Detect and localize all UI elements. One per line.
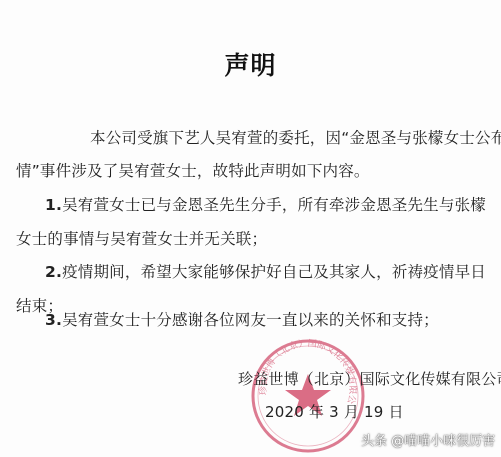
item-3-line-1: 3.吴宥萱女士十分感谢各位网友一直以来的关怀和支持； bbox=[45, 308, 439, 330]
watermark-text: 头条 @喵喵小咪很厉害 bbox=[361, 430, 495, 449]
signature-company: 珍益世博（北京）国际文化传媒有限公司 bbox=[238, 368, 501, 389]
paragraph-intro-line-1: 本公司受旗下艺人吴宥萱的委托，因“金恩圣与张檬女士公布恋 bbox=[90, 126, 501, 148]
item-1-line-1: 1.吴宥萱女士已与金恩圣先生分手，所有牵涉金恩圣先生与张檬 bbox=[45, 193, 486, 215]
item-2-number: 2. bbox=[45, 263, 62, 281]
item-2-text: 疫情期间，希望大家能够保护好自己及其家人，祈祷疫情早日 bbox=[62, 263, 486, 281]
item-3-number: 3. bbox=[45, 311, 62, 329]
item-1-text: 吴宥萱女士已与金恩圣先生分手，所有牵涉金恩圣先生与张檬 bbox=[62, 196, 486, 214]
company-seal-icon: 珍益世博（北京）国际文化传媒有限公司 bbox=[248, 336, 368, 456]
item-1-line-2: 女士的事情与吴宥萱女士并无关联； bbox=[16, 227, 267, 249]
signature-date: 2020 年 3 月 19 日 bbox=[265, 401, 404, 422]
item-3-text: 吴宥萱女士十分感谢各位网友一直以来的关怀和支持； bbox=[62, 311, 439, 329]
item-1-number: 1. bbox=[45, 196, 62, 214]
document-page: 声明 本公司受旗下艺人吴宥萱的委托，因“金恩圣与张檬女士公布恋 情”事件涉及了吴… bbox=[0, 0, 501, 457]
item-2-line-1: 2.疫情期间，希望大家能够保护好自己及其家人，祈祷疫情早日 bbox=[45, 260, 486, 282]
paragraph-intro-line-2: 情”事件涉及了吴宥萱女士，故特此声明如下内容。 bbox=[16, 159, 370, 181]
document-title: 声明 bbox=[0, 46, 501, 82]
